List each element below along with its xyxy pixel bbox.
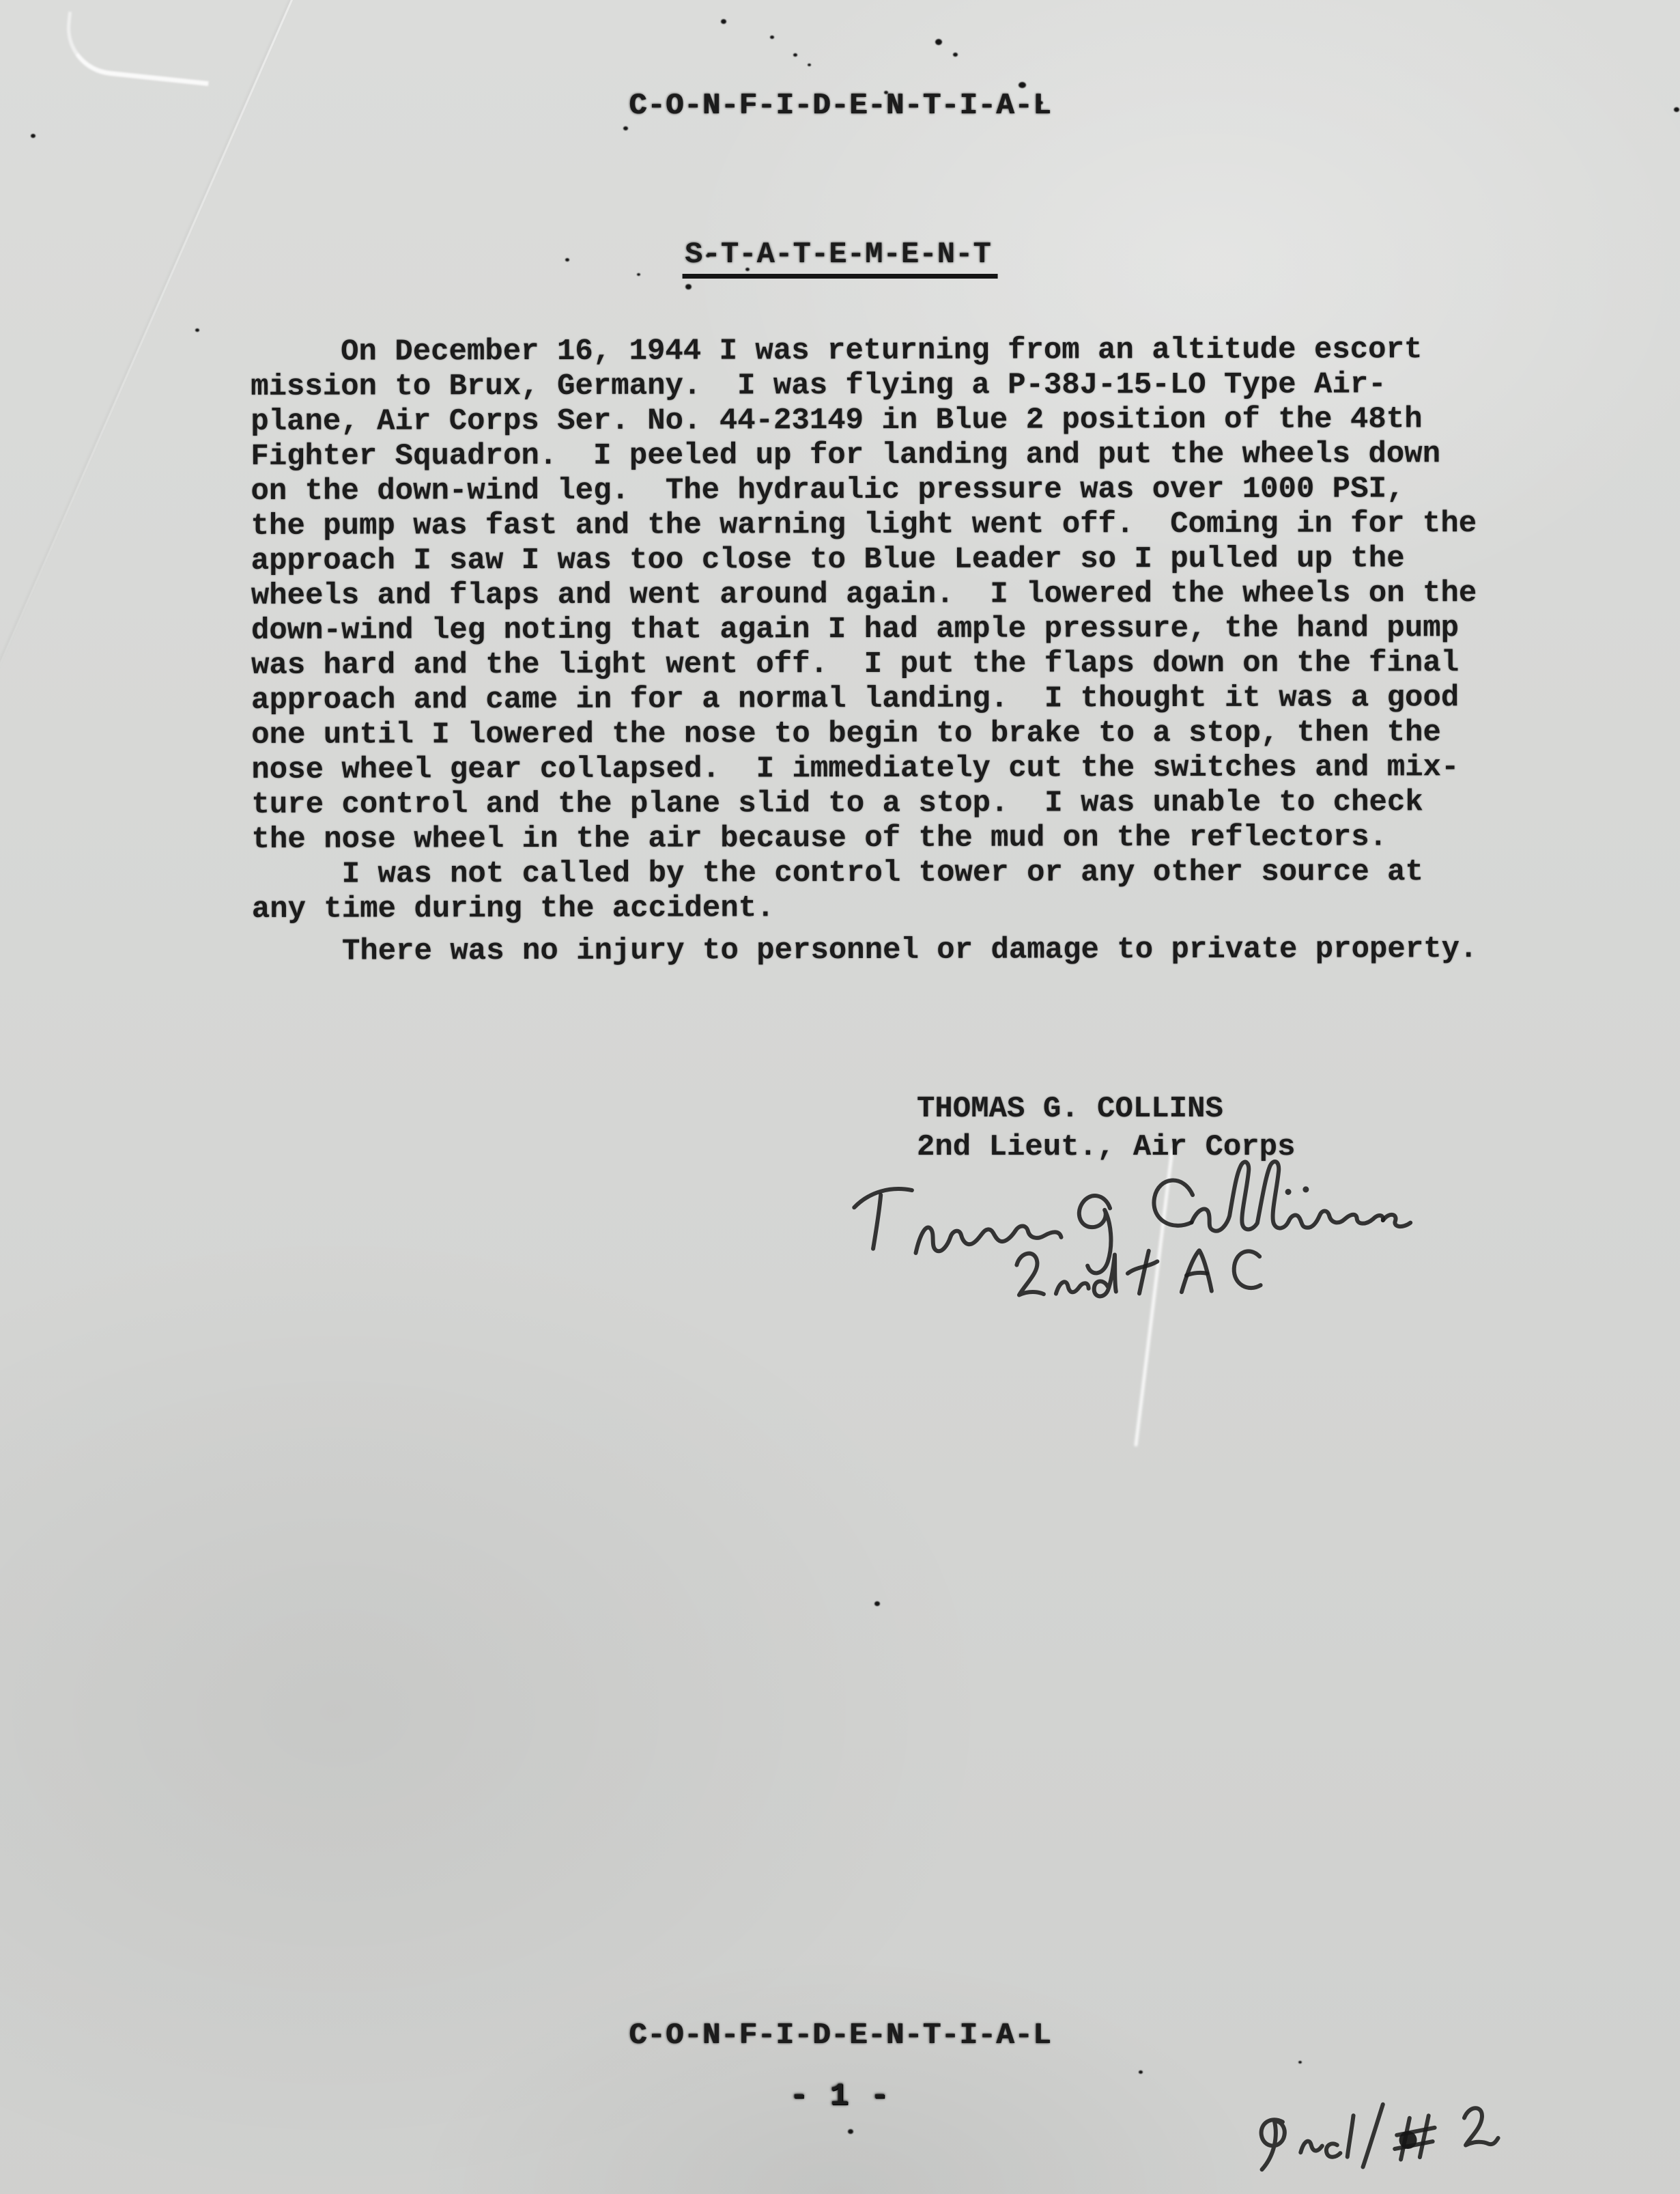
- body-line: There was no injury to personnel or dama…: [252, 932, 1478, 970]
- ink-speck: [953, 53, 958, 57]
- ink-speck: [1139, 2070, 1143, 2074]
- ink-speck: [195, 328, 199, 332]
- paper-scratch: [62, 12, 214, 86]
- ink-speck: [31, 134, 35, 138]
- classification-footer: C-O-N-F-I-D-E-N-T-I-A-L: [0, 2019, 1680, 2053]
- ink-speck: [706, 254, 710, 257]
- ink-speck: [808, 64, 811, 66]
- enclosure-note-handwriting: [1232, 2077, 1530, 2191]
- ink-speck: [874, 1601, 880, 1606]
- body-line: ture control and the plane slid to a sto…: [251, 785, 1477, 823]
- body-line: approach I saw I was too close to Blue L…: [251, 542, 1477, 579]
- body-line: wheels and flaps and went around again. …: [251, 576, 1477, 614]
- statement-title: S-T-A-T-E-M-E-N-T: [682, 238, 998, 279]
- body-line: nose wheel gear collapsed. I immediately…: [251, 750, 1477, 788]
- body-line: mission to Brux, Germany. I was flying a…: [251, 367, 1477, 405]
- body-line: down-wind leg noting that again I had am…: [251, 611, 1477, 649]
- ink-speck: [685, 284, 692, 290]
- body-line: the pump was fast and the warning light …: [251, 507, 1477, 544]
- ink-speck: [1019, 82, 1026, 88]
- classification-header: C-O-N-F-I-D-E-N-T-I-A-L: [0, 89, 1680, 123]
- body-line: was hard and the light went off. I put t…: [251, 646, 1477, 684]
- ink-speck: [884, 91, 888, 94]
- ink-speck: [793, 53, 797, 57]
- ink-speck: [935, 39, 942, 45]
- ink-speck: [565, 258, 569, 262]
- body-line: On December 16, 1944 I was returning fro…: [251, 333, 1477, 370]
- ink-speck: [1674, 107, 1679, 112]
- document-page: C-O-N-F-I-D-E-N-T-I-A-L S-T-A-T-E-M-E-N-…: [0, 0, 1680, 2194]
- statement-body: On December 16, 1944 I was returning fro…: [251, 333, 1477, 970]
- rank-handwriting: [997, 1226, 1293, 1325]
- body-line: I was not called by the control tower or…: [252, 855, 1478, 892]
- body-line: approach and came in for a normal landin…: [251, 681, 1477, 718]
- ink-speck: [745, 268, 750, 271]
- body-line: the nose wheel in the air because of the…: [252, 820, 1478, 858]
- body-line: Fighter Squadron. I peeled up for landin…: [251, 437, 1477, 475]
- ink-speck: [623, 126, 628, 130]
- ink-speck: [721, 19, 726, 24]
- body-line: any time during the accident.: [252, 890, 1478, 927]
- ink-speck: [637, 273, 640, 276]
- ink-speck: [770, 36, 774, 39]
- body-line: plane, Air Corps Ser. No. 44-23149 in Bl…: [251, 402, 1477, 440]
- ink-speck: [1298, 2061, 1302, 2064]
- ink-speck: [1039, 101, 1043, 104]
- ink-speck: [848, 2129, 853, 2134]
- body-line: on the down-wind leg. The hydraulic pres…: [251, 472, 1477, 509]
- body-line: one until I lowered the nose to begin to…: [251, 716, 1477, 753]
